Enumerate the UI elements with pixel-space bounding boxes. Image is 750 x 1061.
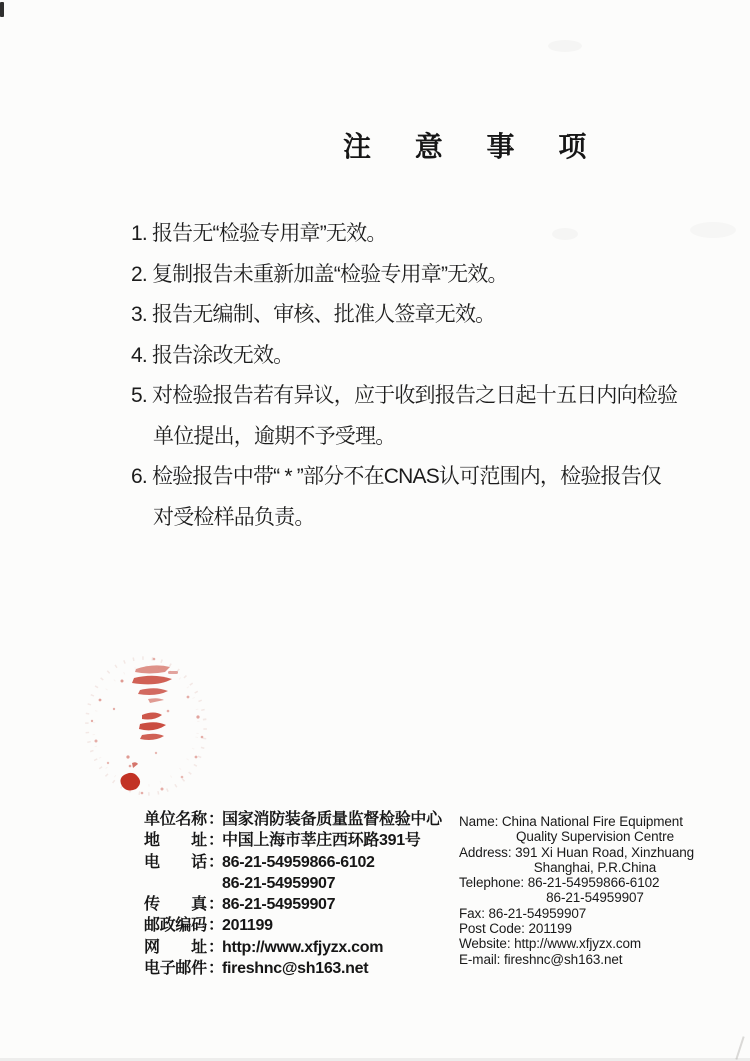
contact-value: fireshnc@sh163.net [222, 958, 368, 979]
red-stamp-icon [70, 645, 280, 815]
contact-colon: ： [208, 937, 222, 958]
contact-row-name-cn: 单位名称：国家消防装备质量监督检验中心 [144, 809, 442, 830]
notice-line-5-continued: 单位提出，逾期不予受理。 [131, 417, 721, 458]
contact-value: 201199 [222, 915, 273, 936]
page-title: 注 意 事 项 [343, 130, 604, 164]
contact-row-phone2-cn: 86-21-54959907 [144, 873, 442, 894]
contact-label: 电 话 [144, 852, 208, 873]
contact-label: 传 真 [144, 894, 208, 915]
contact-line-name2-en: Quality Supervision Centre [459, 829, 731, 844]
contact-label: 电子邮件 [144, 958, 208, 979]
contact-line-address2-en: Shanghai, P.R.China [459, 860, 731, 875]
contact-line-address-en: Address: 391 Xi Huan Road, Xinzhuang [459, 845, 731, 860]
contact-row-postcode-cn: 邮政编码：201199 [144, 915, 442, 936]
contact-value: http://www.xfjyzx.com [222, 937, 383, 958]
contact-line-website-en: Website: http://www.xfjyzx.com [459, 936, 731, 951]
notice-line-1: 1. 报告无“检验专用章”无效。 [131, 214, 721, 255]
contact-row-website-cn: 网 址：http://www.xfjyzx.com [144, 937, 442, 958]
contact-colon [208, 873, 222, 894]
notice-line-6-continued: 对受检样品负责。 [131, 498, 721, 539]
contact-line-email-en: E-mail: fireshnc@sh163.net [459, 952, 731, 967]
contact-value: 86-21-54959907 [222, 873, 335, 894]
notice-list: 1. 报告无“检验专用章”无效。 2. 复制报告未重新加盖“检验专用章”无效。 … [131, 214, 721, 538]
contact-row-address-cn: 地 址：中国上海市莘庄西环路391号 [144, 830, 442, 851]
notice-line-5: 5. 对检验报告若有异议，应于收到报告之日起十五日内向检验 [131, 376, 721, 417]
scan-artifact-diagonal [735, 1036, 744, 1059]
scanned-document-page: 注 意 事 项 1. 报告无“检验专用章”无效。 2. 复制报告未重新加盖“检验… [0, 0, 750, 1061]
contact-label: 单位名称 [144, 809, 208, 830]
contact-row-phone-cn: 电 话：86-21-54959866-6102 [144, 852, 442, 873]
contact-line-fax-en: Fax: 86-21-54959907 [459, 906, 731, 921]
contact-row-email-cn: 电子邮件：fireshnc@sh163.net [144, 958, 442, 979]
contact-colon: ： [208, 830, 222, 851]
contact-value: 中国上海市莘庄西环路391号 [222, 830, 421, 851]
contact-line-name-en: Name: China National Fire Equipment [459, 814, 731, 829]
scan-smudge [548, 40, 582, 52]
notice-line-2: 2. 复制报告未重新加盖“检验专用章”无效。 [131, 255, 721, 296]
contact-info-chinese: 单位名称：国家消防装备质量监督检验中心 地 址：中国上海市莘庄西环路391号 电… [144, 809, 442, 979]
notice-line-3: 3. 报告无编制、审核、批准人签章无效。 [131, 295, 721, 336]
contact-line-telephone2-en: 86-21-54959907 [459, 890, 731, 905]
contact-colon: ： [208, 809, 222, 830]
contact-row-fax-cn: 传 真：86-21-54959907 [144, 894, 442, 915]
contact-value: 86-21-54959866-6102 [222, 852, 375, 873]
notice-line-4: 4. 报告涂改无效。 [131, 336, 721, 377]
contact-label: 地 址 [144, 830, 208, 851]
contact-info-english: Name: China National Fire Equipment Qual… [459, 814, 731, 967]
contact-value: 86-21-54959907 [222, 894, 335, 915]
notice-line-6: 6. 检验报告中带“ * ”部分不在CNAS认可范围内，检验报告仅 [131, 457, 721, 498]
contact-label: 网 址 [144, 937, 208, 958]
contact-line-telephone-en: Telephone: 86-21-54959866-6102 [459, 875, 731, 890]
scan-artifact-corner [0, 2, 4, 17]
contact-label [144, 873, 208, 894]
contact-line-postcode-en: Post Code: 201199 [459, 921, 731, 936]
contact-colon: ： [208, 852, 222, 873]
contact-colon: ： [208, 958, 222, 979]
contact-colon: ： [208, 894, 222, 915]
contact-label: 邮政编码 [144, 915, 208, 936]
contact-value: 国家消防装备质量监督检验中心 [222, 809, 442, 830]
contact-colon: ： [208, 915, 222, 936]
